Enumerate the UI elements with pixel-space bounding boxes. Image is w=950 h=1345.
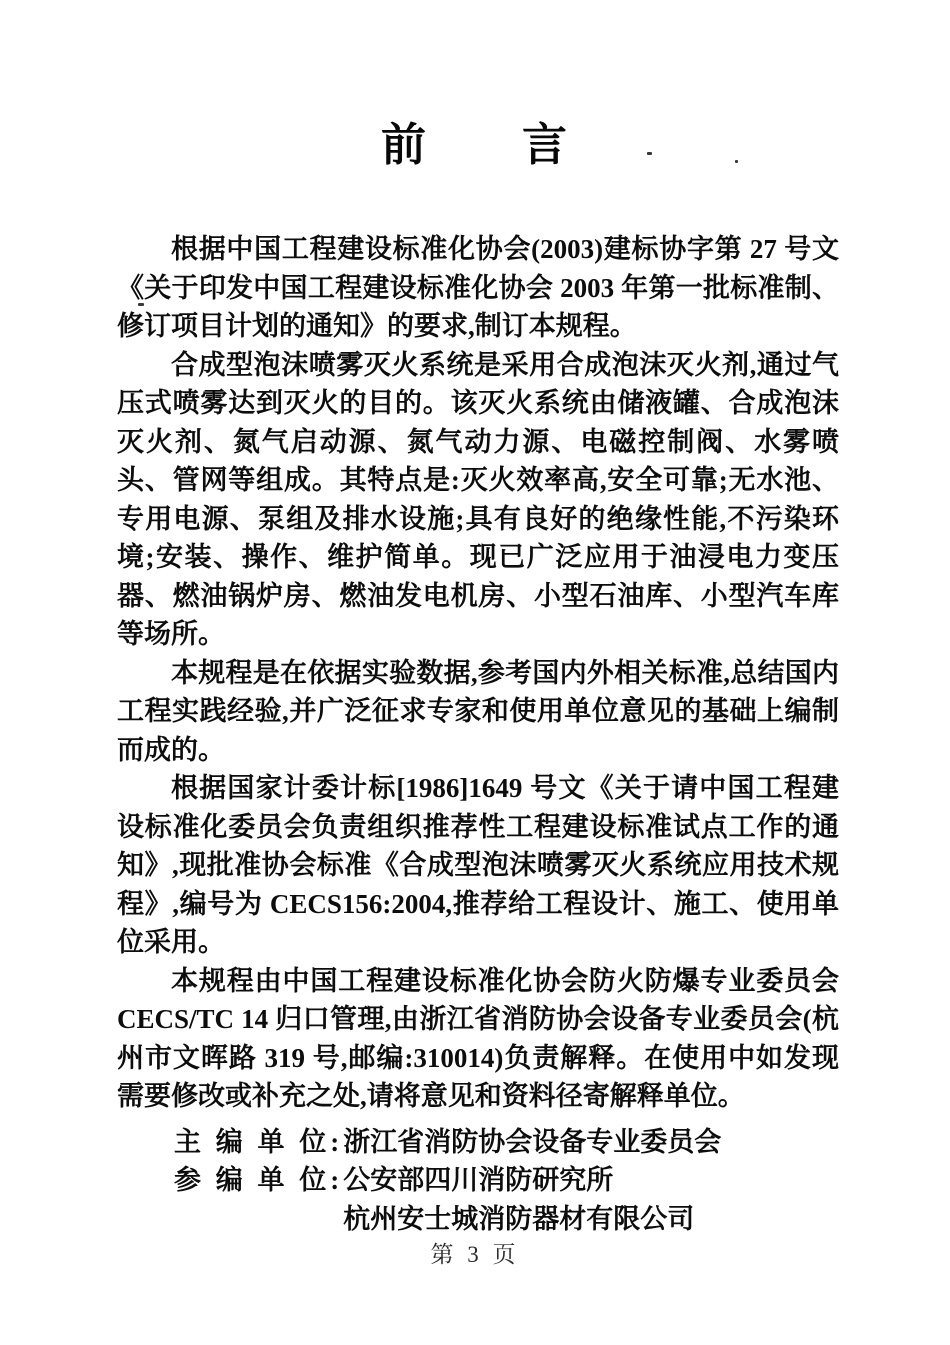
document-body: 根据中国工程建设标准化协会(2003)建标协字第 27 号文《关于印发中国工程建… bbox=[117, 230, 839, 1238]
scan-speck bbox=[647, 152, 652, 155]
paragraph-compilation-method: 本规程是在依据实验数据,参考国内外相关标准,总结国内工程实践经验,并广泛征求专家… bbox=[117, 654, 839, 770]
participating-editor-values: 公安部四川消防研究所 杭州安士城消防器材有限公司 bbox=[343, 1161, 839, 1238]
paragraph-system-description: 合成型泡沫喷雾灭火系统是采用合成泡沫灭火剂,通过气压式喷雾达到灭火的目的。该灭火… bbox=[117, 346, 839, 654]
participating-editor-row: 参 编 单 位: 公安部四川消防研究所 杭州安士城消防器材有限公司 bbox=[174, 1161, 839, 1238]
credits-section: 主 编 单 位: 浙江省消防协会设备专业委员会 参 编 单 位: 公安部四川消防… bbox=[117, 1123, 839, 1239]
participating-editor-label: 参 编 单 位: bbox=[174, 1161, 343, 1200]
chief-editor-values: 浙江省消防协会设备专业委员会 bbox=[343, 1123, 839, 1162]
chief-editor-row: 主 编 单 位: 浙江省消防协会设备专业委员会 bbox=[174, 1123, 839, 1162]
scanned-document-page: 前 言 根据中国工程建设标准化协会(2003)建标协字第 27 号文《关于印发中… bbox=[0, 0, 950, 1345]
chief-editor-org: 浙江省消防协会设备专业委员会 bbox=[343, 1127, 721, 1157]
scan-speck bbox=[735, 160, 738, 163]
participating-editor-org-1: 公安部四川消防研究所 bbox=[343, 1161, 839, 1200]
page-number: 第 3 页 bbox=[0, 1236, 950, 1269]
paragraph-basis-of-compilation: 根据中国工程建设标准化协会(2003)建标协字第 27 号文《关于印发中国工程建… bbox=[117, 230, 839, 346]
page-title: 前 言 bbox=[0, 108, 950, 173]
paragraph-approval-number: 根据国家计委计标[1986]1649 号文《关于请中国工程建设标准化委员会负责组… bbox=[117, 769, 839, 962]
paragraph-administration-contact: 本规程由中国工程建设标准化协会防火防爆专业委员会 CECS/TC 14 归口管理… bbox=[117, 962, 839, 1116]
participating-editor-org-2: 杭州安士城消防器材有限公司 bbox=[343, 1200, 839, 1239]
chief-editor-label: 主 编 单 位: bbox=[174, 1123, 343, 1162]
